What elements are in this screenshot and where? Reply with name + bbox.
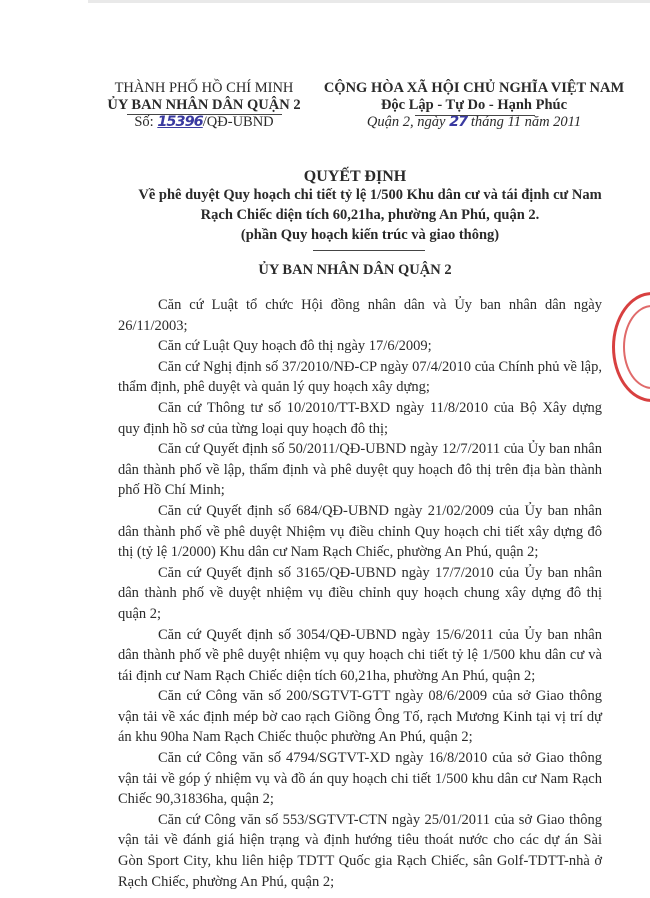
- paragraph: Căn cứ Công văn số 553/SGTVT-CTN ngày 25…: [118, 810, 602, 892]
- paragraph: Căn cứ Công văn số 4794/SGTVT-XD ngày 16…: [118, 748, 602, 810]
- paragraph: Căn cứ Luật tổ chức Hội đồng nhân dân và…: [118, 295, 602, 336]
- paragraph: Căn cứ Quyết định số 3165/QĐ-UBND ngày 1…: [118, 563, 602, 625]
- scan-edge: [88, 0, 650, 3]
- subtitle-line: (phần Quy hoạch kiến trúc và giao thông): [110, 227, 630, 244]
- agency-name: ỦY BAN NHÂN DÂN QUẬN 2: [100, 97, 308, 114]
- divider-right: [415, 115, 535, 116]
- national-motto: Độc Lập - Tự Do - Hạnh Phúc: [315, 97, 633, 114]
- paragraph: Căn cứ Quyết định số 684/QĐ-UBND ngày 21…: [118, 501, 602, 563]
- document-title: QUYẾT ĐỊNH: [100, 168, 610, 186]
- paragraph: Căn cứ Quyết định số 3054/QĐ-UBND ngày 1…: [118, 625, 602, 687]
- number-prefix: Số:: [134, 114, 157, 130]
- subtitle-line: Về phê duyệt Quy hoạch chi tiết tỷ lệ 1/…: [110, 187, 630, 204]
- divider-left: [127, 114, 282, 115]
- header-left: THÀNH PHỐ HỒ CHÍ MINH ỦY BAN NHÂN DÂN QU…: [100, 80, 308, 131]
- official-seal-icon: [612, 292, 650, 402]
- country-name: CỘNG HÒA XÃ HỘI CHỦ NGHĨA VIỆT NAM: [315, 80, 633, 97]
- header-right: CỘNG HÒA XÃ HỘI CHỦ NGHĨA VIỆT NAM Độc L…: [315, 80, 633, 131]
- handwritten-day: 27: [449, 114, 467, 130]
- divider-center: [313, 250, 425, 251]
- paragraph: Căn cứ Quyết định số 50/2011/QĐ-UBND ngà…: [118, 439, 602, 501]
- date-suffix: tháng 11 năm 2011: [467, 114, 581, 130]
- paragraph: Căn cứ Luật Quy hoạch đô thị ngày 17/6/2…: [118, 336, 602, 357]
- issuing-authority: ỦY BAN NHÂN DÂN QUẬN 2: [100, 262, 610, 279]
- paragraph: Căn cứ Nghị định số 37/2010/NĐ-CP ngày 0…: [118, 357, 602, 398]
- handwritten-number: 15396: [157, 114, 202, 130]
- paragraph: Căn cứ Công văn số 200/SGTVT-GTT ngày 08…: [118, 686, 602, 748]
- paragraph: Căn cứ Thông tư số 10/2010/TT-BXD ngày 1…: [118, 398, 602, 439]
- number-suffix: /QĐ-UBND: [203, 114, 274, 130]
- document-body: Căn cứ Luật tổ chức Hội đồng nhân dân và…: [118, 295, 602, 892]
- document-number: Số: 15396/QĐ-UBND: [100, 114, 308, 131]
- date-prefix: Quận 2, ngày: [367, 114, 449, 130]
- subtitle-line: Rạch Chiếc diện tích 60,21ha, phường An …: [110, 207, 630, 224]
- city-name: THÀNH PHỐ HỒ CHÍ MINH: [100, 80, 308, 97]
- issue-date: Quận 2, ngày 27 tháng 11 năm 2011: [315, 114, 633, 131]
